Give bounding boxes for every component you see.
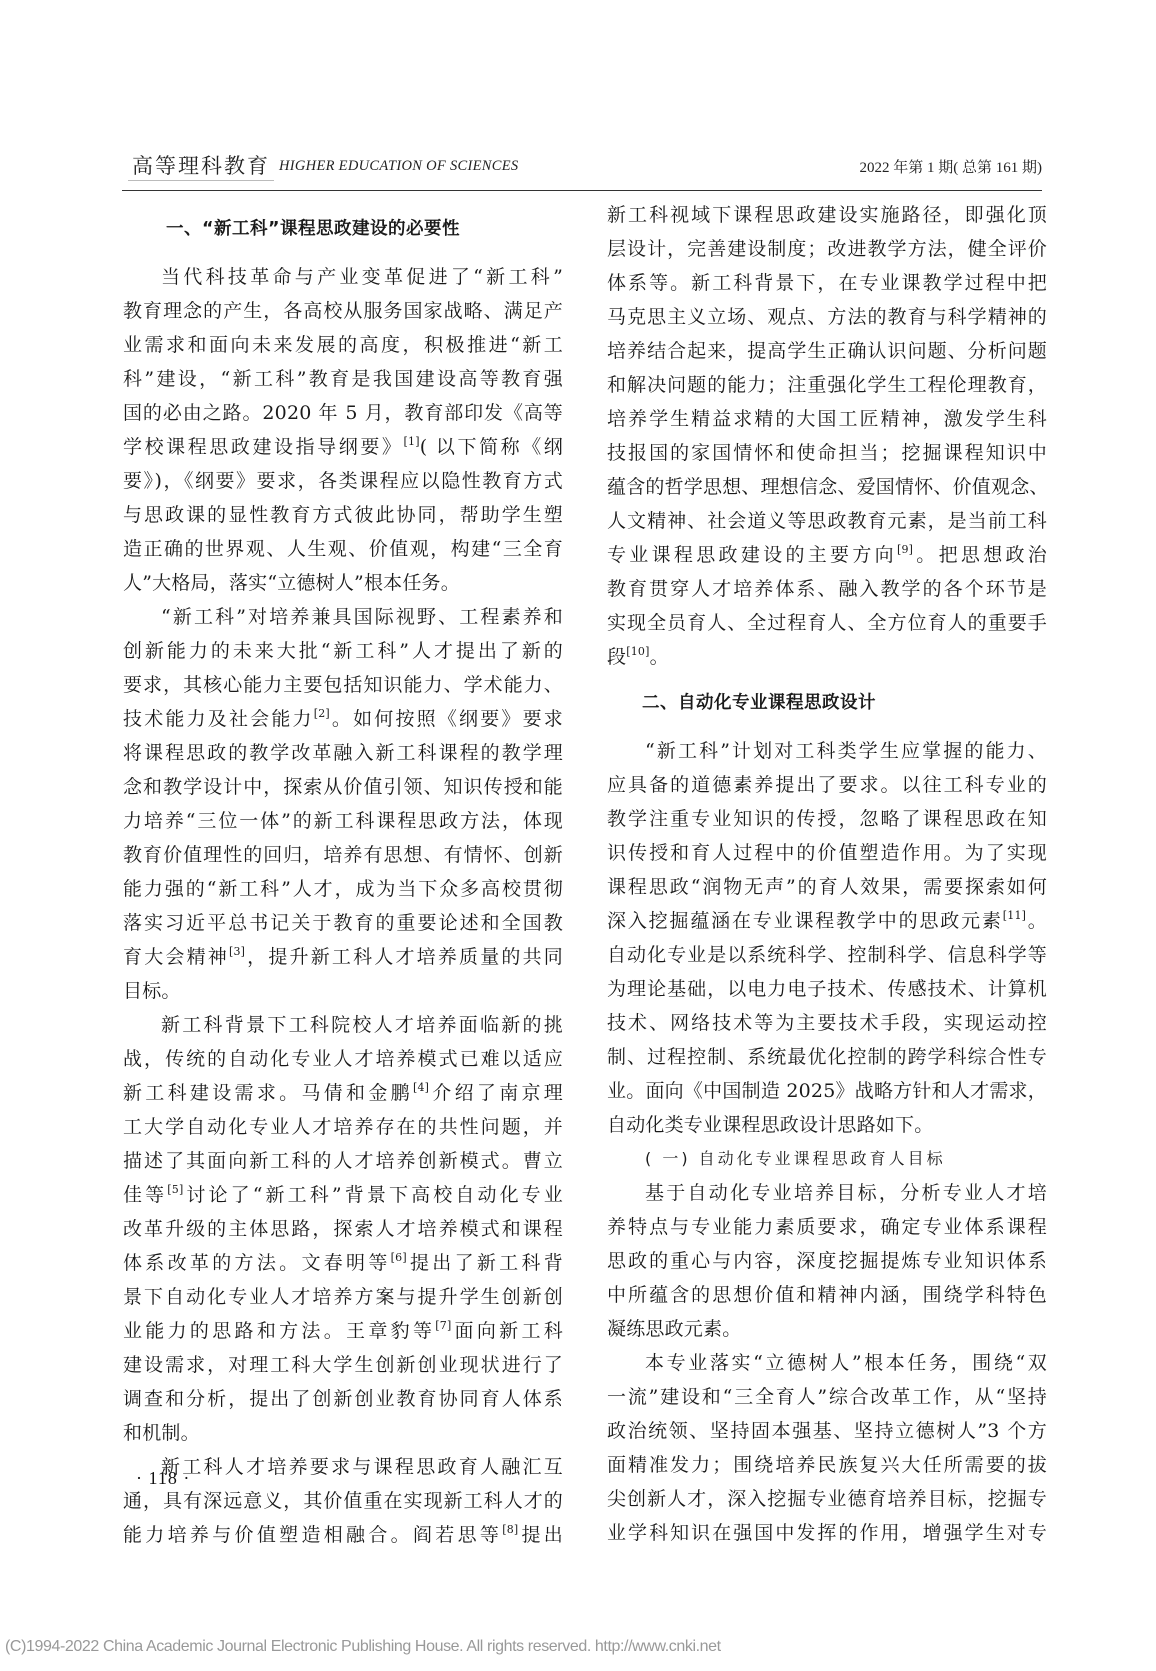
text-span: 新工科建设需求。马倩和金鹏 [123,1082,413,1104]
copyright-footer: (C)1994-2022 China Academic Journal Elec… [5,1638,721,1656]
text-line: 新工科建设需求。马倩和金鹏[4]介绍了南京理 [123,1076,563,1110]
text-line: 为理论基础，以电力电子技术、传感技术、计算机 [607,972,1047,1006]
text-line: 战，传统的自动化专业人才培养模式已难以适应 [123,1042,563,1076]
text-line: 创新能力的未来大批“新工科”人才提出了新的 [123,634,563,668]
text-line: 描述了其面向新工科的人才培养创新模式。曹立 [123,1144,563,1178]
text-span: 深入挖掘蕴涵在专业课程教学中的思政元素 [607,910,1003,932]
text-line: 与思政课的显性教育方式彼此协同，帮助学生塑 [123,498,563,532]
text-line: 马克思主义立场、观点、方法的教育与科学精神的 [607,300,1047,334]
text-line: 景下自动化专业人才培养方案与提升学生创新创 [123,1280,563,1314]
text-line: 建设需求，对理工科大学生创新创业现状进行了 [123,1348,563,1382]
text-line: 和机制。 [123,1416,563,1450]
text-span: 讨论了“新工科”背景下高校自动化专业 [183,1184,563,1206]
text-span: 。 [650,646,669,668]
paragraph: “新工科”对培养兼具国际视野、工程素养和 创新能力的未来大批“新工科”人才提出了… [123,600,563,1008]
citation: [5] [167,1183,183,1196]
text-span: 提出 [518,1524,563,1546]
text-span: 。如何按照《纲要》要求 [330,708,563,730]
text-span: 段 [607,646,626,668]
text-line: 业需求和面向未来发展的高度，积极推进“新工 [123,328,563,362]
text-line: 和解决问题的能力；注重强化学生工程伦理教育， [607,368,1047,402]
text-span: 。 [1026,910,1047,932]
text-line: 能力培养与价值塑造相融合。阎若思等[8]提出 [123,1518,563,1552]
citation: [9] [897,543,913,556]
text-line: 将课程思政的教学改革融入新工科课程的教学理 [123,736,563,770]
text-line: 人”大格局，落实“立德树人”根本任务。 [123,566,563,600]
text-line: 要》)，《纲要》要求，各类课程应以隐性教育方式 [123,464,563,498]
text-line: 能力强的“新工科”人才，成为当下众多高校贯彻 [123,872,563,906]
text-line: 制、过程控制、系统最优化控制的跨学科综合性专 [607,1040,1047,1074]
text-line: 目标。 [123,974,563,1008]
paragraph: 当代科技革命与产业变革促进了“新工科” 教育理念的产生，各高校从服务国家战略、满… [123,260,563,600]
text-span: 学校课程思政建设指导纲要》 [123,436,404,458]
paragraph: 新工科背景下工科院校人才培养面临新的挑 战，传统的自动化专业人才培养模式已难以适… [123,1008,563,1450]
citation: [8] [502,1523,518,1536]
text-line: 本专业落实“立德树人”根本任务，围绕“双 [607,1346,1047,1380]
text-span: ，提升新工科人才培养质量的共同 [245,946,563,968]
text-line: 业。面向《中国制造 2025》战略方针和人才需求， [607,1074,1047,1108]
text-line: 佳等[5]讨论了“新工科”背景下高校自动化专业 [123,1178,563,1212]
text-line: 念和教学设计中，探索从价值引领、知识传授和能 [123,770,563,804]
text-span: 。把思想政治 [913,544,1047,566]
text-line: 层设计，完善建设制度；改进教学方法，健全评价 [607,232,1047,266]
text-span: 提出了新工科背 [407,1252,563,1274]
text-span: 业能力的思路和方法。王章豹等 [123,1320,435,1342]
paragraph: 新工科视域下课程思政建设实施路径，即强化顶 层设计，完善建设制度；改进教学方法，… [607,198,1047,674]
text-line: 政治统领、坚持固本强基、坚持立德树人”3 个方 [607,1414,1047,1448]
text-line: 人文精神、社会道义等思政教育元素，是当前工科 [607,504,1047,538]
journal-title-underline [128,180,274,181]
text-span: 佳等 [123,1184,167,1206]
paragraph: “新工科”计划对工科类学生应掌握的能力、 应具备的道德素养提出了要求。以往工科专… [607,734,1047,1142]
text-line: 识传授和育人过程中的价值塑造作用。为了实现 [607,836,1047,870]
text-line: 通，具有深远意义，其价值重在实现新工科人才的 [123,1484,563,1518]
paragraph: 新工科人才培养要求与课程思政育人融汇互 通，具有深远意义，其价值重在实现新工科人… [123,1450,563,1552]
text-span: 体系改革的方法。文春明等 [123,1252,391,1274]
text-span: 介绍了南京理 [429,1082,563,1104]
text-line: 自动化专业是以系统科学、控制科学、信息科学等 [607,938,1047,972]
journal-title-en: HIGHER EDUCATION OF SCIENCES [279,158,518,175]
text-line: 要求，其核心能力主要包括知识能力、学术能力、 [123,668,563,702]
text-line: 专业课程思政建设的主要方向[9]。把思想政治 [607,538,1047,572]
text-line: 段[10]。 [607,640,1047,674]
text-line: 落实习近平总书记关于教育的重要论述和全国教 [123,906,563,940]
paragraph: 本专业落实“立德树人”根本任务，围绕“双 一流”建设和“三全育人”综合改革工作，… [607,1346,1047,1550]
text-line: “新工科”计划对工科类学生应掌握的能力、 [607,734,1047,768]
text-line: 体系等。新工科背景下，在专业课教学过程中把 [607,266,1047,300]
text-span: 专业课程思政建设的主要方向 [607,544,897,566]
text-line: 当代科技革命与产业变革促进了“新工科” [123,260,563,294]
citation: [4] [413,1081,429,1094]
page-number: · 118 · [136,1468,190,1489]
text-line: 教育理念的产生，各高校从服务国家战略、满足产 [123,294,563,328]
text-line: 技术、网络技术等为主要技术手段，实现运动控 [607,1006,1047,1040]
text-line: 教学注重专业知识的传授，忽略了课程思政在知 [607,802,1047,836]
text-line: 培养学生精益求精的大国工匠精神，激发学生科 [607,402,1047,436]
text-line: 新工科背景下工科院校人才培养面临新的挑 [123,1008,563,1042]
text-span: 面向新工科 [451,1320,563,1342]
citation: [7] [435,1319,451,1332]
text-line: 实现全员育人、全过程育人、全方位育人的重要手 [607,606,1047,640]
text-span: ( 以下简称《纲 [420,436,563,458]
text-line: 科”建设，“新工科”教育是我国建设高等教育强 [123,362,563,396]
section-heading: 二、自动化专业课程思政设计 [607,686,1047,720]
text-line: 新工科视域下课程思政建设实施路径，即强化顶 [607,198,1047,232]
text-line: 造正确的世界观、人生观、价值观，构建“三全育 [123,532,563,566]
text-line: 培养结合起来，提高学生正确认识问题、分析问题 [607,334,1047,368]
text-line: “新工科”对培养兼具国际视野、工程素养和 [123,600,563,634]
text-line: 学校课程思政建设指导纲要》[1]( 以下简称《纲 [123,430,563,464]
text-line: 技报国的家国情怀和使命担当；挖掘课程知识中 [607,436,1047,470]
citation: [10] [626,645,649,658]
text-line: 中所蕴含的思想价值和精神内涵，围绕学科特色 [607,1278,1047,1312]
text-line: 面精准发力；围绕培养民族复兴大任所需要的拔 [607,1448,1047,1482]
text-line: 深入挖掘蕴涵在专业课程教学中的思政元素[11]。 [607,904,1047,938]
text-line: 凝练思政元素。 [607,1312,1047,1346]
text-span: 能力培养与价值塑造相融合。阎若思等 [123,1524,502,1546]
text-line: 调查和分析，提出了创新创业教育协同育人体系 [123,1382,563,1416]
text-line: 一流”建设和“三全育人”综合改革工作，从“坚持 [607,1380,1047,1414]
text-line: 蕴含的哲学思想、理想信念、爱国情怀、价值观念、 [607,470,1047,504]
text-line: 育大会精神[3]，提升新工科人才培养质量的共同 [123,940,563,974]
section-heading: 一、“新工科”课程思政建设的必要性 [123,212,563,246]
text-line: 业学科知识在强国中发挥的作用，增强学生对专 [607,1516,1047,1550]
text-line: 体系改革的方法。文春明等[6]提出了新工科背 [123,1246,563,1280]
text-span: 技术能力及社会能力 [123,708,314,730]
paragraph: 基于自动化专业培养目标，分析专业人才培 养特点与专业能力素质要求，确定专业体系课… [607,1176,1047,1346]
text-line: 尖创新人才，深入挖掘专业德育培养目标，挖掘专 [607,1482,1047,1516]
text-line: 思政的重心与内容，深度挖掘提炼专业知识体系 [607,1244,1047,1278]
text-line: 自动化类专业课程思政设计思路如下。 [607,1108,1047,1142]
subsection-heading: ( 一) 自动化专业课程思政育人目标 [607,1142,1047,1176]
header-divider [122,190,1042,191]
text-line: 工大学自动化专业人才培养存在的共性问题，并 [123,1110,563,1144]
text-line: 应具备的道德素养提出了要求。以往工科专业的 [607,768,1047,802]
journal-title-cn: 高等理科教育 [132,150,270,180]
text-line: 改革升级的主体思路，探索人才培养模式和课程 [123,1212,563,1246]
text-line: 技术能力及社会能力[2]。如何按照《纲要》要求 [123,702,563,736]
citation: [11] [1003,909,1026,922]
right-column: 新工科视域下课程思政建设实施路径，即强化顶 层设计，完善建设制度；改进教学方法，… [607,198,1047,1550]
left-column: 一、“新工科”课程思政建设的必要性 当代科技革命与产业变革促进了“新工科” 教育… [123,198,563,1552]
text-line: 国的必由之路。2020 年 5 月，教育部印发《高等 [123,396,563,430]
citation: [3] [229,945,245,958]
text-span: 育大会精神 [123,946,229,968]
issue-info: 2022 年第 1 期( 总第 161 期) [860,156,1043,177]
text-line: 教育价值理性的回归，培养有思想、有情怀、创新 [123,838,563,872]
citation: [2] [314,707,330,720]
citation: [6] [391,1251,407,1264]
text-line: 课程思政“润物无声”的育人效果，需要探索如何 [607,870,1047,904]
running-header: 高等理科教育 HIGHER EDUCATION OF SCIENCES 2022… [122,150,1042,180]
text-line: 业能力的思路和方法。王章豹等[7]面向新工科 [123,1314,563,1348]
text-line: 教育贯穿人才培养体系、融入教学的各个环节是 [607,572,1047,606]
text-line: 养特点与专业能力素质要求，确定专业体系课程 [607,1210,1047,1244]
citation: [1] [404,435,420,448]
text-line: 基于自动化专业培养目标，分析专业人才培 [607,1176,1047,1210]
text-line: 力培养“三位一体”的新工科课程思政方法，体现 [123,804,563,838]
